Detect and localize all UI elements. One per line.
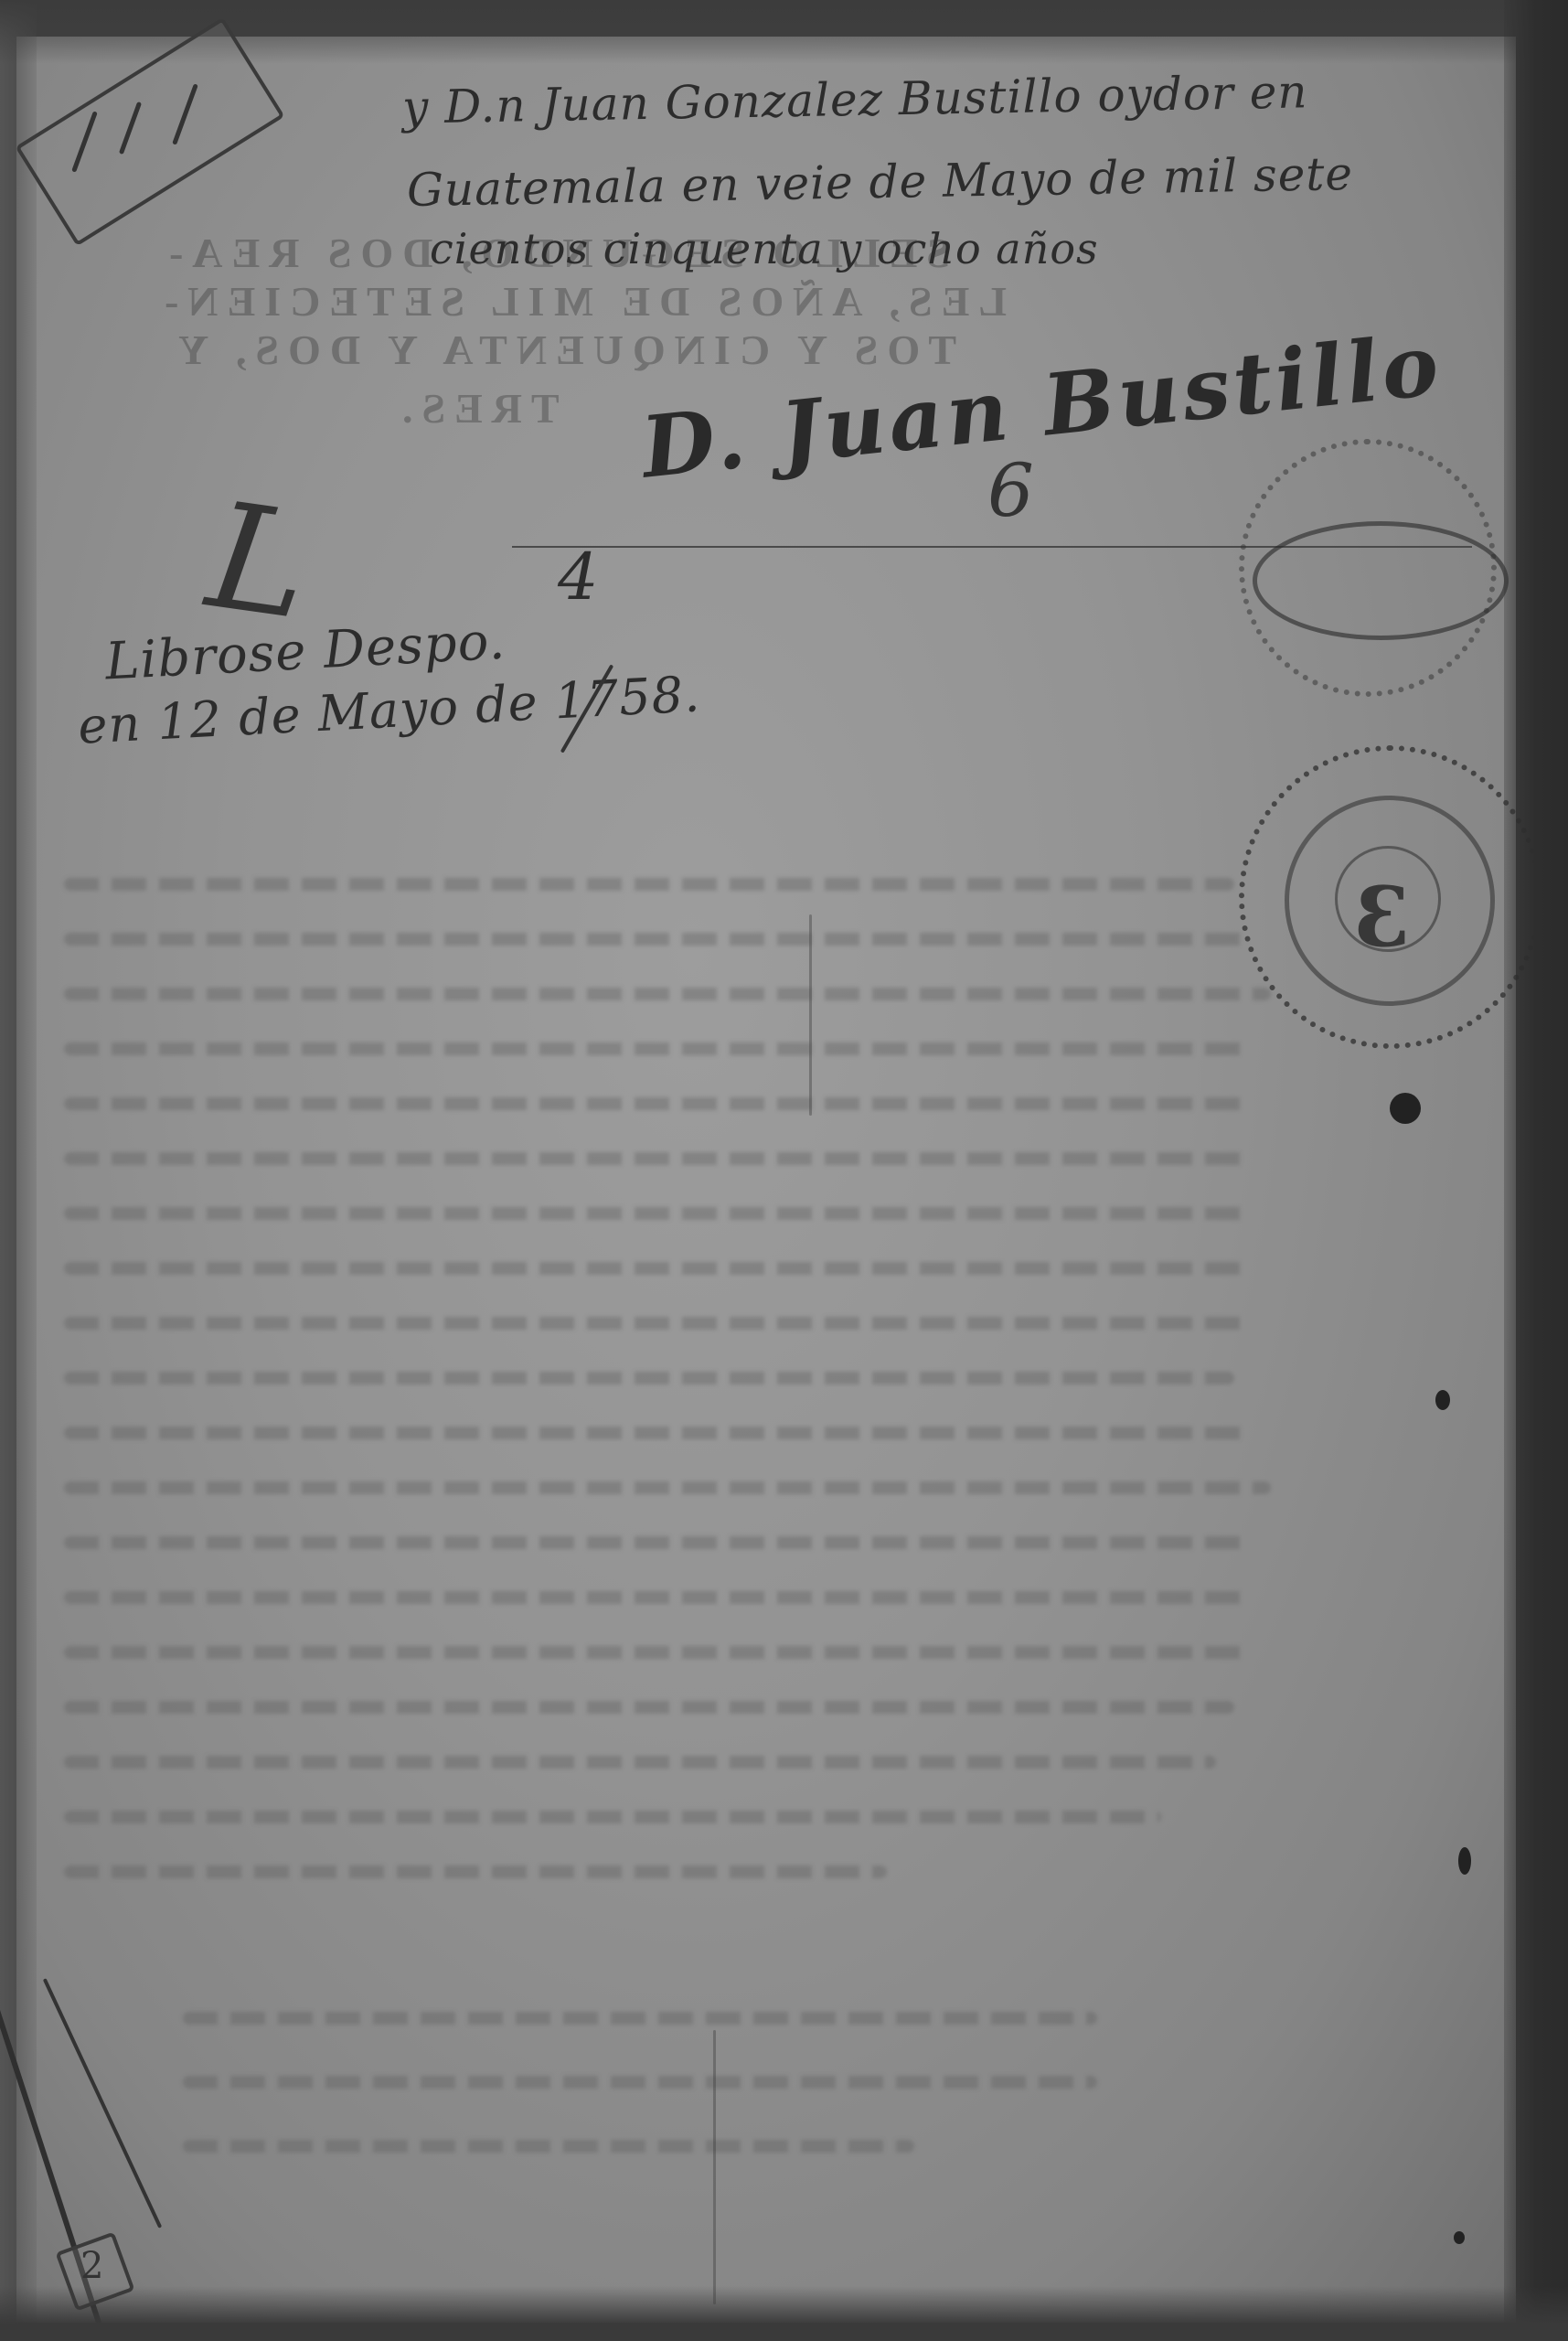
faded-text-line	[64, 1536, 1253, 1549]
bleed-through-line: LES, AÑOS DE MIL SETECIEN-	[155, 277, 1007, 326]
signature-rubric: 6	[987, 448, 1035, 533]
faded-text-line	[183, 2140, 914, 2153]
faded-text-line	[183, 2012, 1097, 2025]
header-line-3: cientos cinquenta y ocho años	[430, 224, 1099, 273]
faded-text-line	[64, 1207, 1253, 1220]
flourish-loop	[1253, 521, 1509, 640]
faded-text-line	[183, 2076, 1097, 2089]
ink-speck	[1454, 2231, 1465, 2244]
folio-number: 4	[558, 540, 600, 615]
bottom-shadow-edge	[0, 2286, 1568, 2341]
faded-text-line	[64, 878, 1234, 891]
ink-speck	[1458, 1847, 1471, 1875]
bleed-through-line: TOS Y CINQUENTA Y DOS, Y	[169, 326, 956, 374]
faint-vertical-rule	[809, 914, 812, 1116]
faded-text-line	[64, 1591, 1243, 1604]
right-shadow-edge	[1504, 0, 1568, 2341]
faded-text-line	[64, 1152, 1253, 1165]
bottom-corner-tab-text: 2	[80, 2245, 104, 2287]
faded-text-line	[64, 1097, 1243, 1110]
faded-text-line	[64, 1262, 1243, 1275]
faded-text-line	[64, 988, 1271, 1000]
faded-text-line	[64, 1372, 1234, 1384]
faded-text-line	[64, 1042, 1253, 1055]
faded-text-line	[64, 1701, 1234, 1714]
faded-text-line	[64, 1481, 1271, 1494]
faded-text-line	[64, 933, 1253, 946]
faded-text-line	[64, 1317, 1253, 1330]
faded-text-line	[64, 1811, 1161, 1823]
ink-blot	[1390, 1093, 1421, 1124]
bleed-through-line: TRES.	[393, 384, 560, 433]
left-binding-edge	[0, 0, 37, 2341]
faint-vertical-rule-lower	[713, 2030, 716, 2304]
manuscript-scan: SELLO SEGUNDO, DOS REA- LES, AÑOS DE MIL…	[0, 0, 1568, 2341]
faded-text-line	[64, 1646, 1253, 1659]
faded-text-line	[64, 1756, 1216, 1769]
ink-speck	[1435, 1390, 1450, 1410]
faded-text-line	[64, 1427, 1253, 1439]
faded-text-line	[64, 1865, 887, 1878]
seal-number: 3	[1353, 869, 1411, 966]
